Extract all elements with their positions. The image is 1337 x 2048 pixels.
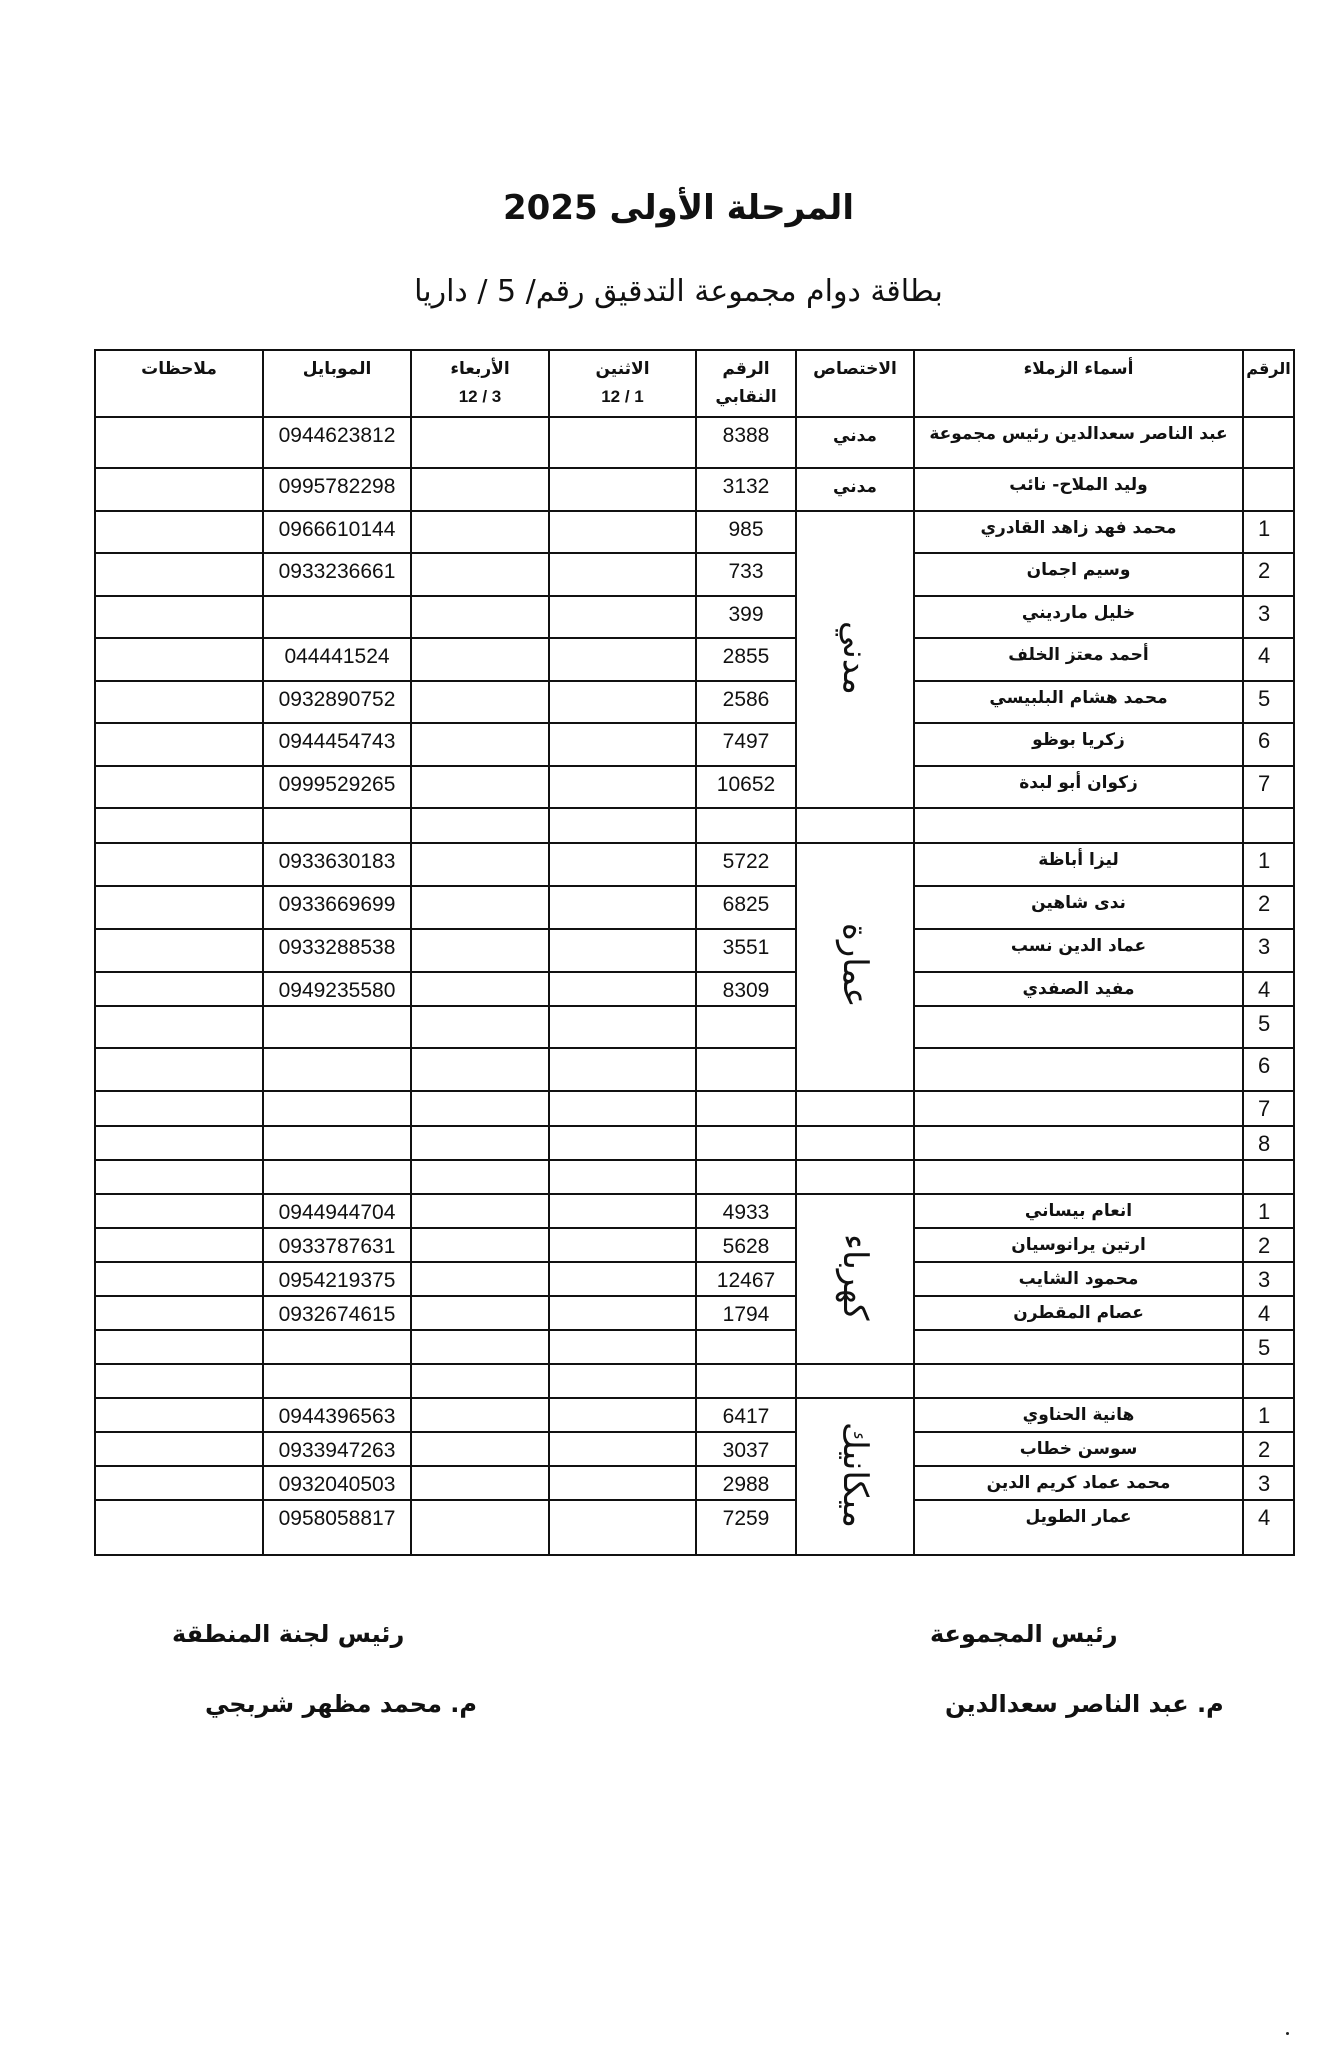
specialty-handwritten-label: عمارة bbox=[835, 923, 875, 1008]
wednesday-attendance-cell[interactable] bbox=[411, 1194, 549, 1228]
header-mobile: الموبايل bbox=[263, 350, 411, 417]
wednesday-attendance-cell[interactable] bbox=[411, 1330, 549, 1364]
monday-attendance-cell[interactable] bbox=[549, 1296, 696, 1330]
header-index: الرقم bbox=[1243, 350, 1294, 417]
mobile-number: 0932040503 bbox=[263, 1466, 411, 1500]
monday-attendance-cell[interactable] bbox=[549, 886, 696, 929]
spacer-row bbox=[95, 808, 1294, 843]
wednesday-attendance-cell[interactable] bbox=[411, 1296, 549, 1330]
member-name bbox=[914, 1006, 1243, 1048]
empty-cell bbox=[696, 1364, 796, 1398]
member-row: 3محمد عماد كريم الدين29880932040503 bbox=[95, 1466, 1294, 1500]
syndicate-number: 3551 bbox=[696, 929, 796, 972]
row-index: 5 bbox=[1243, 1330, 1294, 1364]
row-index: 1 bbox=[1243, 1398, 1294, 1432]
committee-head-title: رئيس لجنة المنطقة bbox=[172, 1620, 404, 1648]
monday-attendance-cell[interactable] bbox=[549, 1466, 696, 1500]
member-row: 7زكوان أبو لبدة106520999529265 bbox=[95, 766, 1294, 808]
member-name: سوسن خطاب bbox=[914, 1432, 1243, 1466]
member-name: زكريا بوظو bbox=[914, 723, 1243, 766]
row-index: 1 bbox=[1243, 843, 1294, 886]
empty-cell bbox=[696, 1160, 796, 1194]
member-name: وليد الملاح- نائب bbox=[914, 468, 1243, 511]
header-syndicate-no: الرقم النقابي bbox=[696, 350, 796, 417]
wednesday-attendance-cell[interactable] bbox=[411, 638, 549, 681]
notes-cell[interactable] bbox=[95, 1262, 263, 1296]
syndicate-number bbox=[696, 1048, 796, 1091]
mobile-number: 0944623812 bbox=[263, 417, 411, 468]
empty-cell bbox=[411, 1160, 549, 1194]
member-row: 4أحمد معتز الخلف2855044441524 bbox=[95, 638, 1294, 681]
notes-cell[interactable] bbox=[95, 1296, 263, 1330]
member-name: عمار الطويل bbox=[914, 1500, 1243, 1555]
syndicate-number: 6417 bbox=[696, 1398, 796, 1432]
wednesday-attendance-cell[interactable] bbox=[411, 1228, 549, 1262]
empty-cell bbox=[796, 1364, 914, 1398]
row-index: 3 bbox=[1243, 1466, 1294, 1500]
member-row: 1ليزا أباظةعمارة57220933630183 bbox=[95, 843, 1294, 886]
mobile-number: 0999529265 bbox=[263, 766, 411, 808]
syndicate-number: 399 bbox=[696, 596, 796, 638]
empty-specialty-cell bbox=[796, 1126, 914, 1160]
notes-cell[interactable] bbox=[95, 929, 263, 972]
notes-cell[interactable] bbox=[95, 972, 263, 1006]
syndicate-number: 5722 bbox=[696, 843, 796, 886]
monday-attendance-cell[interactable] bbox=[549, 511, 696, 553]
notes-cell[interactable] bbox=[95, 1194, 263, 1228]
notes-cell[interactable] bbox=[95, 1398, 263, 1432]
monday-attendance-cell[interactable] bbox=[549, 681, 696, 723]
header-row: الرقم أسماء الزملاء الاختصاص الرقم النقا… bbox=[95, 350, 1294, 417]
group-head-title: رئيس المجموعة bbox=[930, 1620, 1118, 1648]
mobile-number: 0966610144 bbox=[263, 511, 411, 553]
row-index: 3 bbox=[1243, 596, 1294, 638]
spacer-row bbox=[95, 1364, 1294, 1398]
notes-cell[interactable] bbox=[95, 596, 263, 638]
row-index: 4 bbox=[1243, 638, 1294, 681]
row-index: 7 bbox=[1243, 766, 1294, 808]
notes-cell[interactable] bbox=[95, 1500, 263, 1555]
mobile-number bbox=[263, 1126, 411, 1160]
member-row: 6 bbox=[95, 1048, 1294, 1091]
member-name: ليزا أباظة bbox=[914, 843, 1243, 886]
member-name: ندى شاهين bbox=[914, 886, 1243, 929]
syndicate-number: 12467 bbox=[696, 1262, 796, 1296]
syndicate-number: 10652 bbox=[696, 766, 796, 808]
member-row: 2سوسن خطاب30370933947263 bbox=[95, 1432, 1294, 1466]
syndicate-number: 6825 bbox=[696, 886, 796, 929]
monday-attendance-cell[interactable] bbox=[549, 1194, 696, 1228]
mobile-number bbox=[263, 596, 411, 638]
row-index: 7 bbox=[1243, 1091, 1294, 1126]
notes-cell[interactable] bbox=[95, 417, 263, 468]
wednesday-attendance-cell[interactable] bbox=[411, 417, 549, 468]
wednesday-attendance-cell[interactable] bbox=[411, 1091, 549, 1126]
leader-row: وليد الملاح- نائبمدني31320995782298 bbox=[95, 468, 1294, 511]
notes-cell[interactable] bbox=[95, 553, 263, 596]
empty-cell bbox=[95, 808, 263, 843]
empty-cell bbox=[263, 1160, 411, 1194]
wednesday-attendance-cell[interactable] bbox=[411, 766, 549, 808]
syndicate-number: 7259 bbox=[696, 1500, 796, 1555]
wednesday-attendance-cell[interactable] bbox=[411, 1006, 549, 1048]
scan-speck bbox=[1286, 2032, 1289, 2035]
wednesday-attendance-cell[interactable] bbox=[411, 1466, 549, 1500]
row-index: 6 bbox=[1243, 723, 1294, 766]
monday-attendance-cell[interactable] bbox=[549, 1432, 696, 1466]
member-row: 2وسيم اجمان7330933236661 bbox=[95, 553, 1294, 596]
member-name: محمد فهد زاهد القادري bbox=[914, 511, 1243, 553]
member-row: 1انعام بيسانيكهرباء49330944944704 bbox=[95, 1194, 1294, 1228]
row-index: 4 bbox=[1243, 972, 1294, 1006]
notes-cell[interactable] bbox=[95, 843, 263, 886]
empty-cell bbox=[1243, 1364, 1294, 1398]
member-row: 4مفيد الصفدي83090949235580 bbox=[95, 972, 1294, 1006]
mobile-number: 0933236661 bbox=[263, 553, 411, 596]
mobile-number: 0944454743 bbox=[263, 723, 411, 766]
row-index: 2 bbox=[1243, 1228, 1294, 1262]
member-row: 6زكريا بوظو74970944454743 bbox=[95, 723, 1294, 766]
row-index: 1 bbox=[1243, 511, 1294, 553]
row-index: 5 bbox=[1243, 681, 1294, 723]
wednesday-attendance-cell[interactable] bbox=[411, 886, 549, 929]
member-name bbox=[914, 1048, 1243, 1091]
member-name: وسيم اجمان bbox=[914, 553, 1243, 596]
attendance-table: الرقم أسماء الزملاء الاختصاص الرقم النقا… bbox=[94, 349, 1295, 1556]
monday-attendance-cell[interactable] bbox=[549, 468, 696, 511]
mobile-number: 0944944704 bbox=[263, 1194, 411, 1228]
wednesday-attendance-cell[interactable] bbox=[411, 511, 549, 553]
row-index: 2 bbox=[1243, 886, 1294, 929]
row-index: 1 bbox=[1243, 1194, 1294, 1228]
member-specialty: مدني bbox=[796, 417, 914, 468]
mobile-number: 0933787631 bbox=[263, 1228, 411, 1262]
monday-attendance-cell[interactable] bbox=[549, 1006, 696, 1048]
member-name: عماد الدين نسب bbox=[914, 929, 1243, 972]
wednesday-attendance-cell[interactable] bbox=[411, 1262, 549, 1296]
member-name: زكوان أبو لبدة bbox=[914, 766, 1243, 808]
member-specialty: مدني bbox=[796, 468, 914, 511]
monday-attendance-cell[interactable] bbox=[549, 972, 696, 1006]
empty-cell bbox=[1243, 808, 1294, 843]
syndicate-number: 2988 bbox=[696, 1466, 796, 1500]
syndicate-number bbox=[696, 1091, 796, 1126]
mobile-number bbox=[263, 1330, 411, 1364]
member-row: 8 bbox=[95, 1126, 1294, 1160]
empty-cell bbox=[411, 1364, 549, 1398]
syndicate-number: 733 bbox=[696, 553, 796, 596]
member-name: خليل مارديني bbox=[914, 596, 1243, 638]
mobile-number: 0949235580 bbox=[263, 972, 411, 1006]
member-row: 2ارتين يرانوسيان56280933787631 bbox=[95, 1228, 1294, 1262]
monday-attendance-cell[interactable] bbox=[549, 766, 696, 808]
header-monday: الاثنين 12 / 1 bbox=[549, 350, 696, 417]
member-row: 1هانية الحناويميكانيك64170944396563 bbox=[95, 1398, 1294, 1432]
wednesday-attendance-cell[interactable] bbox=[411, 596, 549, 638]
group-head-name: م. عبد الناصر سعدالدين bbox=[945, 1690, 1224, 1718]
empty-cell bbox=[549, 808, 696, 843]
row-index: 4 bbox=[1243, 1500, 1294, 1555]
member-name: هانية الحناوي bbox=[914, 1398, 1243, 1432]
notes-cell[interactable] bbox=[95, 1466, 263, 1500]
mobile-number: 0932890752 bbox=[263, 681, 411, 723]
wednesday-attendance-cell[interactable] bbox=[411, 843, 549, 886]
member-name: محمد هشام البلبيسي bbox=[914, 681, 1243, 723]
row-index: 6 bbox=[1243, 1048, 1294, 1091]
member-row: 5 bbox=[95, 1330, 1294, 1364]
specialty-handwritten-label: كهرباء bbox=[835, 1234, 875, 1320]
mobile-number: 0933288538 bbox=[263, 929, 411, 972]
committee-head-name: م. محمد مظهر شربجي bbox=[205, 1690, 477, 1718]
member-name: محمود الشايب bbox=[914, 1262, 1243, 1296]
syndicate-number: 5628 bbox=[696, 1228, 796, 1262]
mobile-number: 0995782298 bbox=[263, 468, 411, 511]
page-title: المرحلة الأولى 2025 bbox=[0, 188, 1337, 228]
syndicate-number bbox=[696, 1126, 796, 1160]
notes-cell[interactable] bbox=[95, 1126, 263, 1160]
monday-attendance-cell[interactable] bbox=[549, 553, 696, 596]
notes-cell[interactable] bbox=[95, 723, 263, 766]
member-name bbox=[914, 1091, 1243, 1126]
empty-cell bbox=[696, 808, 796, 843]
wednesday-attendance-cell[interactable] bbox=[411, 681, 549, 723]
notes-cell[interactable] bbox=[95, 1006, 263, 1048]
header-specialty: الاختصاص bbox=[796, 350, 914, 417]
row-index: 3 bbox=[1243, 929, 1294, 972]
syndicate-number: 985 bbox=[696, 511, 796, 553]
mobile-number bbox=[263, 1006, 411, 1048]
empty-cell bbox=[411, 808, 549, 843]
page-subtitle: بطاقة دوام مجموعة التدقيق رقم/ 5 / داريا bbox=[0, 274, 1337, 309]
member-name: عصام المقطرن bbox=[914, 1296, 1243, 1330]
header-wednesday: الأربعاء 12 / 3 bbox=[411, 350, 549, 417]
notes-cell[interactable] bbox=[95, 511, 263, 553]
member-name: انعام بيساني bbox=[914, 1194, 1243, 1228]
row-index: 2 bbox=[1243, 1432, 1294, 1466]
specialty-group-cell: مدني bbox=[796, 511, 914, 808]
monday-attendance-cell[interactable] bbox=[549, 417, 696, 468]
empty-cell bbox=[914, 808, 1243, 843]
header-notes: ملاحظات bbox=[95, 350, 263, 417]
syndicate-number bbox=[696, 1006, 796, 1048]
wednesday-attendance-cell[interactable] bbox=[411, 1500, 549, 1555]
wednesday-attendance-cell[interactable] bbox=[411, 972, 549, 1006]
member-name: أحمد معتز الخلف bbox=[914, 638, 1243, 681]
member-row: 5محمد هشام البلبيسي25860932890752 bbox=[95, 681, 1294, 723]
mobile-number bbox=[263, 1048, 411, 1091]
syndicate-number: 2586 bbox=[696, 681, 796, 723]
empty-cell bbox=[796, 1160, 914, 1194]
mobile-number: 0933630183 bbox=[263, 843, 411, 886]
row-index: 8 bbox=[1243, 1126, 1294, 1160]
wednesday-attendance-cell[interactable] bbox=[411, 553, 549, 596]
member-row: 3محمود الشايب124670954219375 bbox=[95, 1262, 1294, 1296]
monday-attendance-cell[interactable] bbox=[549, 596, 696, 638]
wednesday-attendance-cell[interactable] bbox=[411, 723, 549, 766]
notes-cell[interactable] bbox=[95, 1330, 263, 1364]
row-index: 5 bbox=[1243, 1006, 1294, 1048]
member-name: ارتين يرانوسيان bbox=[914, 1228, 1243, 1262]
notes-cell[interactable] bbox=[95, 1432, 263, 1466]
notes-cell[interactable] bbox=[95, 468, 263, 511]
empty-cell bbox=[263, 1364, 411, 1398]
monday-attendance-cell[interactable] bbox=[549, 1500, 696, 1555]
leader-row: عبد الناصر سعدالدين رئيس مجموعةمدني83880… bbox=[95, 417, 1294, 468]
syndicate-number: 3037 bbox=[696, 1432, 796, 1466]
member-name: محمد عماد كريم الدين bbox=[914, 1466, 1243, 1500]
mobile-number: 0944396563 bbox=[263, 1398, 411, 1432]
monday-attendance-cell[interactable] bbox=[549, 1228, 696, 1262]
wednesday-attendance-cell[interactable] bbox=[411, 1048, 549, 1091]
syndicate-number: 2855 bbox=[696, 638, 796, 681]
header-names: أسماء الزملاء bbox=[914, 350, 1243, 417]
empty-cell bbox=[796, 808, 914, 843]
member-row: 4عمار الطويل72590958058817 bbox=[95, 1500, 1294, 1555]
member-row: 2ندى شاهين68250933669699 bbox=[95, 886, 1294, 929]
empty-cell bbox=[549, 1364, 696, 1398]
monday-attendance-cell[interactable] bbox=[549, 1048, 696, 1091]
specialty-handwritten-label: مدني bbox=[835, 621, 875, 695]
monday-attendance-cell[interactable] bbox=[549, 1126, 696, 1160]
member-row: 3عماد الدين نسب35510933288538 bbox=[95, 929, 1294, 972]
spacer-row bbox=[95, 1160, 1294, 1194]
notes-cell[interactable] bbox=[95, 886, 263, 929]
monday-attendance-cell[interactable] bbox=[549, 638, 696, 681]
empty-cell bbox=[914, 1364, 1243, 1398]
syndicate-number: 1794 bbox=[696, 1296, 796, 1330]
wednesday-attendance-cell[interactable] bbox=[411, 1432, 549, 1466]
empty-cell bbox=[914, 1160, 1243, 1194]
member-name: مفيد الصفدي bbox=[914, 972, 1243, 1006]
mobile-number bbox=[263, 1091, 411, 1126]
empty-cell bbox=[263, 808, 411, 843]
wednesday-attendance-cell[interactable] bbox=[411, 1398, 549, 1432]
notes-cell[interactable] bbox=[95, 1091, 263, 1126]
specialty-group-cell: كهرباء bbox=[796, 1194, 914, 1364]
specialty-handwritten-label: ميكانيك bbox=[835, 1422, 875, 1528]
monday-attendance-cell[interactable] bbox=[549, 929, 696, 972]
member-row: 1محمد فهد زاهد القادريمدني9850966610144 bbox=[95, 511, 1294, 553]
empty-cell bbox=[1243, 1160, 1294, 1194]
member-name: عبد الناصر سعدالدين رئيس مجموعة bbox=[914, 417, 1243, 468]
member-row: 7 bbox=[95, 1091, 1294, 1126]
mobile-number: 0958058817 bbox=[263, 1500, 411, 1555]
mobile-number: 0954219375 bbox=[263, 1262, 411, 1296]
notes-cell[interactable] bbox=[95, 638, 263, 681]
empty-cell bbox=[549, 1160, 696, 1194]
member-name bbox=[914, 1126, 1243, 1160]
monday-attendance-cell[interactable] bbox=[549, 1398, 696, 1432]
member-row: 5 bbox=[95, 1006, 1294, 1048]
empty-cell bbox=[95, 1364, 263, 1398]
member-row: 3خليل مارديني399 bbox=[95, 596, 1294, 638]
member-name bbox=[914, 1330, 1243, 1364]
notes-cell[interactable] bbox=[95, 766, 263, 808]
monday-attendance-cell[interactable] bbox=[549, 723, 696, 766]
syndicate-number: 8309 bbox=[696, 972, 796, 1006]
mobile-number: 0932674615 bbox=[263, 1296, 411, 1330]
member-row: 4عصام المقطرن17940932674615 bbox=[95, 1296, 1294, 1330]
monday-attendance-cell[interactable] bbox=[549, 843, 696, 886]
table-body: عبد الناصر سعدالدين رئيس مجموعةمدني83880… bbox=[95, 417, 1294, 1555]
row-index: 2 bbox=[1243, 553, 1294, 596]
monday-attendance-cell[interactable] bbox=[549, 1091, 696, 1126]
notes-cell[interactable] bbox=[95, 1228, 263, 1262]
empty-specialty-cell bbox=[796, 1091, 914, 1126]
row-index: 4 bbox=[1243, 1296, 1294, 1330]
syndicate-number bbox=[696, 1330, 796, 1364]
syndicate-number: 8388 bbox=[696, 417, 796, 468]
monday-attendance-cell[interactable] bbox=[549, 1262, 696, 1296]
wednesday-attendance-cell[interactable] bbox=[411, 1126, 549, 1160]
empty-cell bbox=[95, 1160, 263, 1194]
notes-cell[interactable] bbox=[95, 681, 263, 723]
row-index bbox=[1243, 417, 1294, 468]
specialty-group-cell: ميكانيك bbox=[796, 1398, 914, 1555]
row-index: 3 bbox=[1243, 1262, 1294, 1296]
syndicate-number: 3132 bbox=[696, 468, 796, 511]
row-index bbox=[1243, 468, 1294, 511]
wednesday-attendance-cell[interactable] bbox=[411, 929, 549, 972]
mobile-number: 0933669699 bbox=[263, 886, 411, 929]
wednesday-attendance-cell[interactable] bbox=[411, 468, 549, 511]
syndicate-number: 4933 bbox=[696, 1194, 796, 1228]
notes-cell[interactable] bbox=[95, 1048, 263, 1091]
monday-attendance-cell[interactable] bbox=[549, 1330, 696, 1364]
mobile-number: 0933947263 bbox=[263, 1432, 411, 1466]
mobile-number: 044441524 bbox=[263, 638, 411, 681]
syndicate-number: 7497 bbox=[696, 723, 796, 766]
specialty-group-cell: عمارة bbox=[796, 843, 914, 1091]
